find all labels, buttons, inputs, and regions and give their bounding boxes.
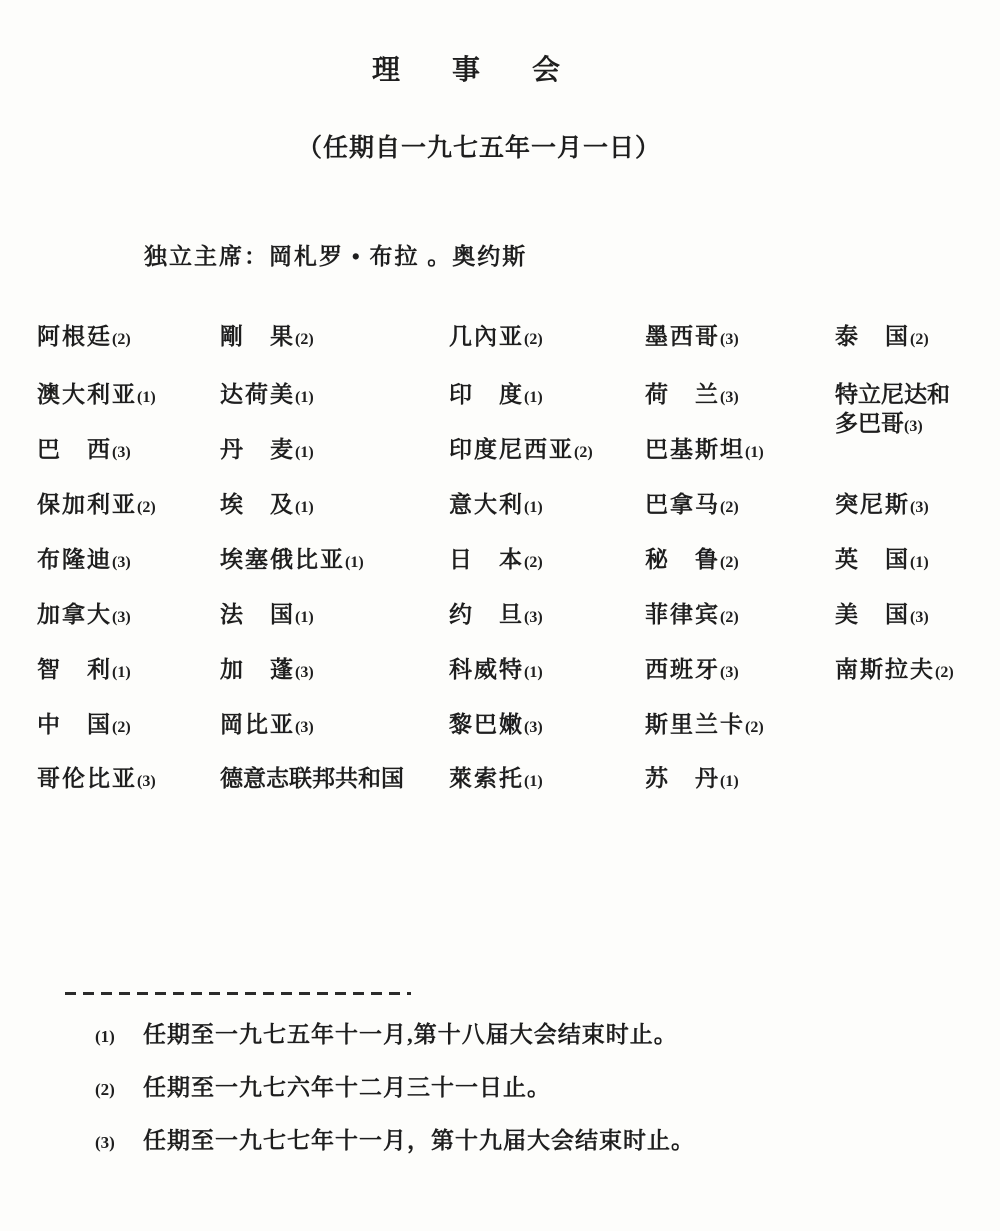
member-yugoslavia: 南斯拉夫(2)	[835, 655, 954, 687]
footnote-3: (3)任期至一九七七年十一月，第十九届大会结束时止。	[95, 1122, 695, 1155]
dashed-divider	[65, 992, 411, 995]
member-pakistan: 巴基斯坦(1)	[645, 435, 764, 467]
footnote-ref: (2)	[137, 499, 156, 516]
member-kuwait: 科威特(1)	[449, 655, 543, 687]
member-ethiopia: 埃塞俄比亚(1)	[220, 545, 364, 577]
member-india: 印 度(1)	[449, 380, 543, 412]
footnote-ref: (3)	[904, 418, 923, 435]
footnote-ref: (2)	[720, 499, 739, 516]
member-australia: 澳大利亚(1)	[37, 380, 156, 412]
member-gabon: 加 蓬(3)	[220, 655, 314, 687]
document-page: 理 事 会 （任期自一九七五年一月一日） 独立主席：岡札罗 • 布拉 。奥约斯 …	[0, 0, 1000, 1231]
member-netherlands: 荷 兰(3)	[645, 380, 739, 412]
member-chile: 智 利(1)	[37, 655, 131, 687]
member-united-states: 美 国(3)	[835, 600, 929, 632]
footnote-2-marker: (2)	[95, 1080, 143, 1100]
footnote-3-marker: (3)	[95, 1133, 143, 1153]
footnote-ref: (2)	[745, 719, 764, 736]
footnote-ref: (2)	[574, 444, 593, 461]
member-thailand: 泰 国(2)	[835, 322, 929, 354]
member-lesotho: 萊索托(1)	[449, 764, 543, 796]
member-sudan: 苏 丹(1)	[645, 764, 739, 796]
footnote-1-marker: (1)	[95, 1027, 143, 1047]
footnote-ref: (2)	[524, 554, 543, 571]
member-colombia: 哥伦比亚(3)	[37, 764, 156, 796]
member-burundi: 布隆迪(3)	[37, 545, 131, 577]
footnote-ref: (3)	[720, 331, 739, 348]
member-tunisia: 突尼斯(3)	[835, 490, 929, 522]
footnote-ref: (3)	[112, 444, 131, 461]
member-brazil: 巴 西(3)	[37, 435, 131, 467]
member-dahomey: 达荷美(1)	[220, 380, 314, 412]
footnote-ref: (1)	[295, 444, 314, 461]
footnote-ref: (3)	[910, 499, 929, 516]
footnote-1-text: 任期至一九七五年十一月,第十八届大会结束时止。	[143, 1022, 678, 1047]
member-gambia: 岡比亚(3)	[220, 710, 314, 742]
footnote-ref: (2)	[720, 554, 739, 571]
member-peru: 秘 鲁(2)	[645, 545, 739, 577]
footnote-1: (1)任期至一九七五年十一月,第十八届大会结束时止。	[95, 1016, 678, 1049]
footnote-ref: (1)	[524, 499, 543, 516]
member-denmark: 丹 麦(1)	[220, 435, 314, 467]
footnote-2: (2)任期至一九七六年十二月三十一日止。	[95, 1069, 551, 1102]
footnote-ref: (1)	[910, 554, 929, 571]
footnote-ref: (2)	[720, 609, 739, 626]
member-spain: 西班牙(3)	[645, 655, 739, 687]
member-italy: 意大利(1)	[449, 490, 543, 522]
footnote-ref: (3)	[910, 609, 929, 626]
member-china: 中 国(2)	[37, 710, 131, 742]
footnote-ref: (2)	[935, 664, 954, 681]
footnote-ref: (1)	[295, 499, 314, 516]
member-france: 法 国(1)	[220, 600, 314, 632]
footnote-ref: (3)	[137, 773, 156, 790]
member-philippines: 菲律宾(2)	[645, 600, 739, 632]
footnote-ref: (3)	[295, 664, 314, 681]
footnote-ref: (3)	[295, 719, 314, 736]
footnote-3-text: 任期至一九七七年十一月，第十九届大会结束时止。	[143, 1128, 695, 1153]
member-united-kingdom: 英 国(1)	[835, 545, 929, 577]
footnote-ref: (3)	[524, 719, 543, 736]
member-egypt: 埃 及(1)	[220, 490, 314, 522]
footnote-2-text: 任期至一九七六年十二月三十一日止。	[143, 1075, 551, 1100]
member-trinidad-and-tobago: 特立尼达和 多巴哥(3)	[835, 380, 950, 441]
member-canada: 加拿大(3)	[37, 600, 131, 632]
footnote-ref: (3)	[720, 664, 739, 681]
member-congo: 剛 果(2)	[220, 322, 314, 354]
footnote-ref: (1)	[295, 609, 314, 626]
footnote-ref: (1)	[524, 773, 543, 790]
member-lebanon: 黎巴嫩(3)	[449, 710, 543, 742]
term-subtitle: （任期自一九七五年一月一日）	[297, 128, 661, 164]
footnote-ref: (1)	[745, 444, 764, 461]
footnote-ref: (3)	[112, 609, 131, 626]
member-mexico: 墨西哥(3)	[645, 322, 739, 354]
member-japan: 日 本(2)	[449, 545, 543, 577]
member-panama: 巴拿马(2)	[645, 490, 739, 522]
independent-chairman-line: 独立主席：岡札罗 • 布拉 。奥约斯	[144, 238, 527, 271]
footnote-ref: (1)	[720, 773, 739, 790]
footnote-ref: (1)	[524, 664, 543, 681]
member-guinea: 几內亚(2)	[449, 322, 543, 354]
footnote-ref: (3)	[112, 554, 131, 571]
member-sri-lanka: 斯里兰卡(2)	[645, 710, 764, 742]
footnote-ref: (2)	[112, 331, 131, 348]
page-title: 理 事 会	[372, 48, 572, 88]
footnote-ref: (2)	[910, 331, 929, 348]
footnote-ref: (1)	[345, 554, 364, 571]
member-federal-republic-of-germany: 德意志联邦共和国	[220, 764, 404, 796]
member-argentina: 阿根廷(2)	[37, 322, 131, 354]
member-jordan: 约 旦(3)	[449, 600, 543, 632]
member-indonesia: 印度尼西亚(2)	[449, 435, 593, 467]
footnote-ref: (2)	[524, 331, 543, 348]
footnote-ref: (2)	[112, 719, 131, 736]
footnote-ref: (3)	[720, 389, 739, 406]
footnote-ref: (2)	[295, 331, 314, 348]
member-bulgaria: 保加利亚(2)	[37, 490, 156, 522]
footnote-ref: (1)	[112, 664, 131, 681]
footnote-ref: (1)	[137, 389, 156, 406]
footnote-ref: (3)	[524, 609, 543, 626]
footnote-ref: (1)	[524, 389, 543, 406]
footnote-ref: (1)	[295, 389, 314, 406]
